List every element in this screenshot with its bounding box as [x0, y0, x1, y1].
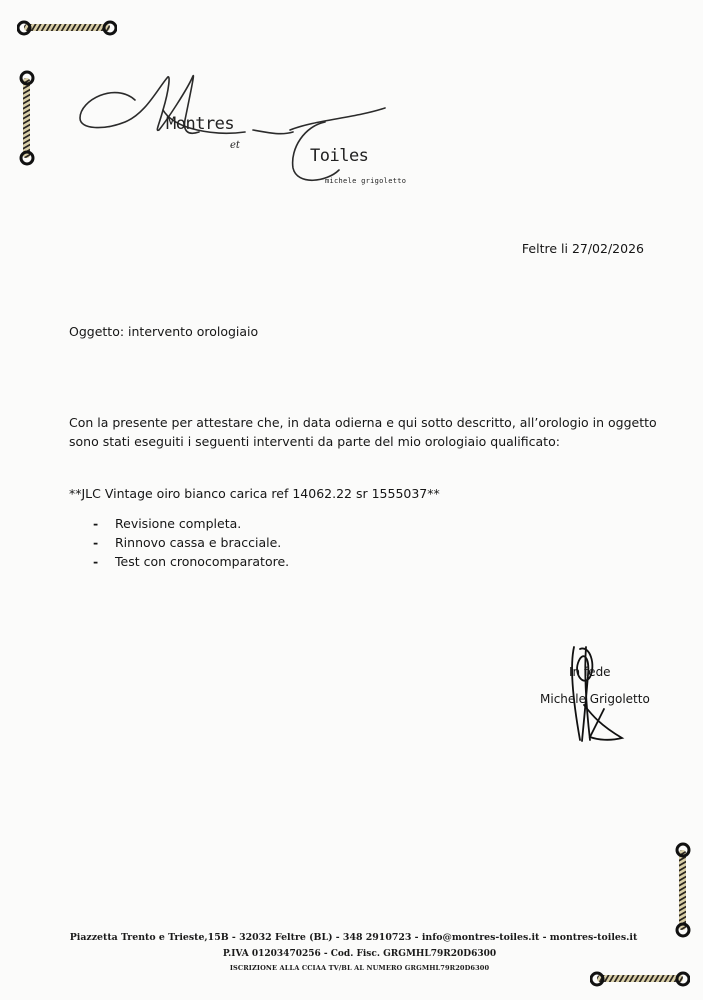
date-line: Feltre li 27/02/2026: [522, 241, 644, 256]
footer-registration-line: ISCRIZIONE ALLA CCIAA TV/BL AL NUMERO GR…: [8, 964, 703, 972]
rope-cord-icon: [675, 842, 691, 938]
brand-connector: et: [230, 140, 240, 151]
footer-tax-line: P.IVA 01203470256 - Cod. Fisc. GRGMHL79R…: [8, 949, 703, 959]
brand-subtitle: michele grigoletto: [325, 177, 406, 185]
list-item: Revisione completa.: [93, 514, 289, 533]
brand-word-1: Montres: [166, 114, 234, 134]
body-line: Con la presente per attestare che, in da…: [69, 413, 669, 432]
subject-line: Oggetto: intervento orologiaio: [69, 324, 258, 339]
rope-cord-icon: [19, 70, 35, 166]
watch-title: **JLC Vintage oiro bianco carica ref 140…: [69, 486, 440, 501]
rope-decoration-right-vertical: [675, 842, 691, 938]
signoff-text: In fede: [569, 665, 611, 679]
list-item: Test con cronocomparatore.: [93, 552, 289, 571]
body-paragraph: Con la presente per attestare che, in da…: [69, 413, 669, 451]
brand-word-2: Toiles: [310, 146, 368, 166]
rope-cord-icon: [17, 20, 117, 36]
signer-name: Michele Grigoletto: [540, 692, 650, 706]
interventions-list: Revisione completa. Rinnovo cassa e brac…: [93, 514, 289, 571]
rope-decoration-top-horizontal: [17, 20, 117, 36]
footer-address-line: Piazzetta Trento e Trieste,15B - 32032 F…: [2, 932, 703, 943]
rope-decoration-bottom-horizontal: [590, 971, 690, 987]
rope-decoration-left-vertical: [19, 70, 35, 166]
body-line: sono stati eseguiti i seguenti intervent…: [69, 432, 669, 451]
rope-cord-icon: [590, 971, 690, 987]
list-item: Rinnovo cassa e bracciale.: [93, 533, 289, 552]
